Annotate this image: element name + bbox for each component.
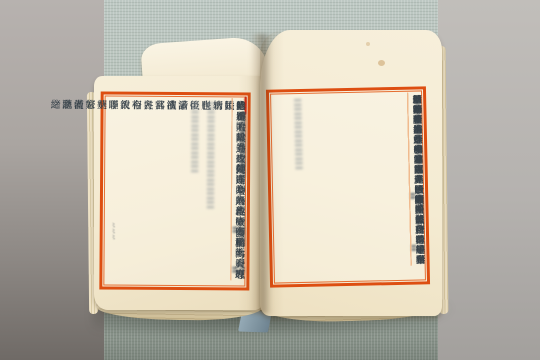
fold-title-smudge: 〓〓〓〓〓〓〓〓〓〓 <box>245 112 246 186</box>
book-gutter-shadow <box>250 34 272 314</box>
emphasis-line <box>244 96 247 114</box>
marginal-note: 〻〻〻 <box>108 222 115 240</box>
text-column: 官民皆朕臣子欲其各相親睦莫若使之締 <box>244 98 245 100</box>
text-column: 結婚姻自後滿漢官民有欲聯姻好者聽之 <box>244 98 245 100</box>
book-left-page: 哈番○陞二等阿達哈哈番敏國豁為一等 阿達哈哈番授鍾國為拜他喇布勒哈番以 修 昭陵… <box>94 76 264 310</box>
show-through-text: 〓〓〓〓〓〓〓〓 <box>187 101 199 281</box>
emphasis-line <box>244 99 247 114</box>
foxing-spot <box>378 60 385 66</box>
left-page-columns: 哈番○陞二等阿達哈哈番敏國豁為一等 阿達哈哈番授鍾國為拜他喇布勒哈番以 修 昭陵… <box>105 98 244 285</box>
foxing-spot <box>366 42 370 46</box>
text-column: 丞題賜曩為太僕寺卿大理寺寺丞衛周亮 <box>231 98 245 279</box>
emphasis-line <box>244 96 247 114</box>
right-page-text-frame: 〓〓〓〓〓〓〓〓〓〓〓〓 〓〓〓〓 〓〓 軍奈領鑲黃旗滿洲覺羅顆開係正黃旗漢 軍… <box>266 86 430 287</box>
show-through-text: 〓〓〓〓〓〓〓〓〓〓〓〓 <box>203 101 215 281</box>
museum-photo-scene: 哈番○陞二等阿達哈哈番敏國豁為一等 阿達哈哈番授鍾國為拜他喇布勒哈番以 修 昭陵… <box>0 0 540 360</box>
left-page-text-frame: 哈番○陞二等阿達哈哈番敏國豁為一等 阿達哈哈番授鍾國為拜他喇布勒哈番以 修 昭陵… <box>99 91 250 290</box>
text-column: 昭陵功也○諭禮部方今天下一家滿漢 <box>244 98 245 100</box>
book-right-page: 〓〓〓〓〓〓〓〓〓〓〓〓 〓〓〓〓 〓〓 軍奈領鑲黃旗滿洲覺羅顆開係正黃旗漢 軍… <box>260 30 442 316</box>
